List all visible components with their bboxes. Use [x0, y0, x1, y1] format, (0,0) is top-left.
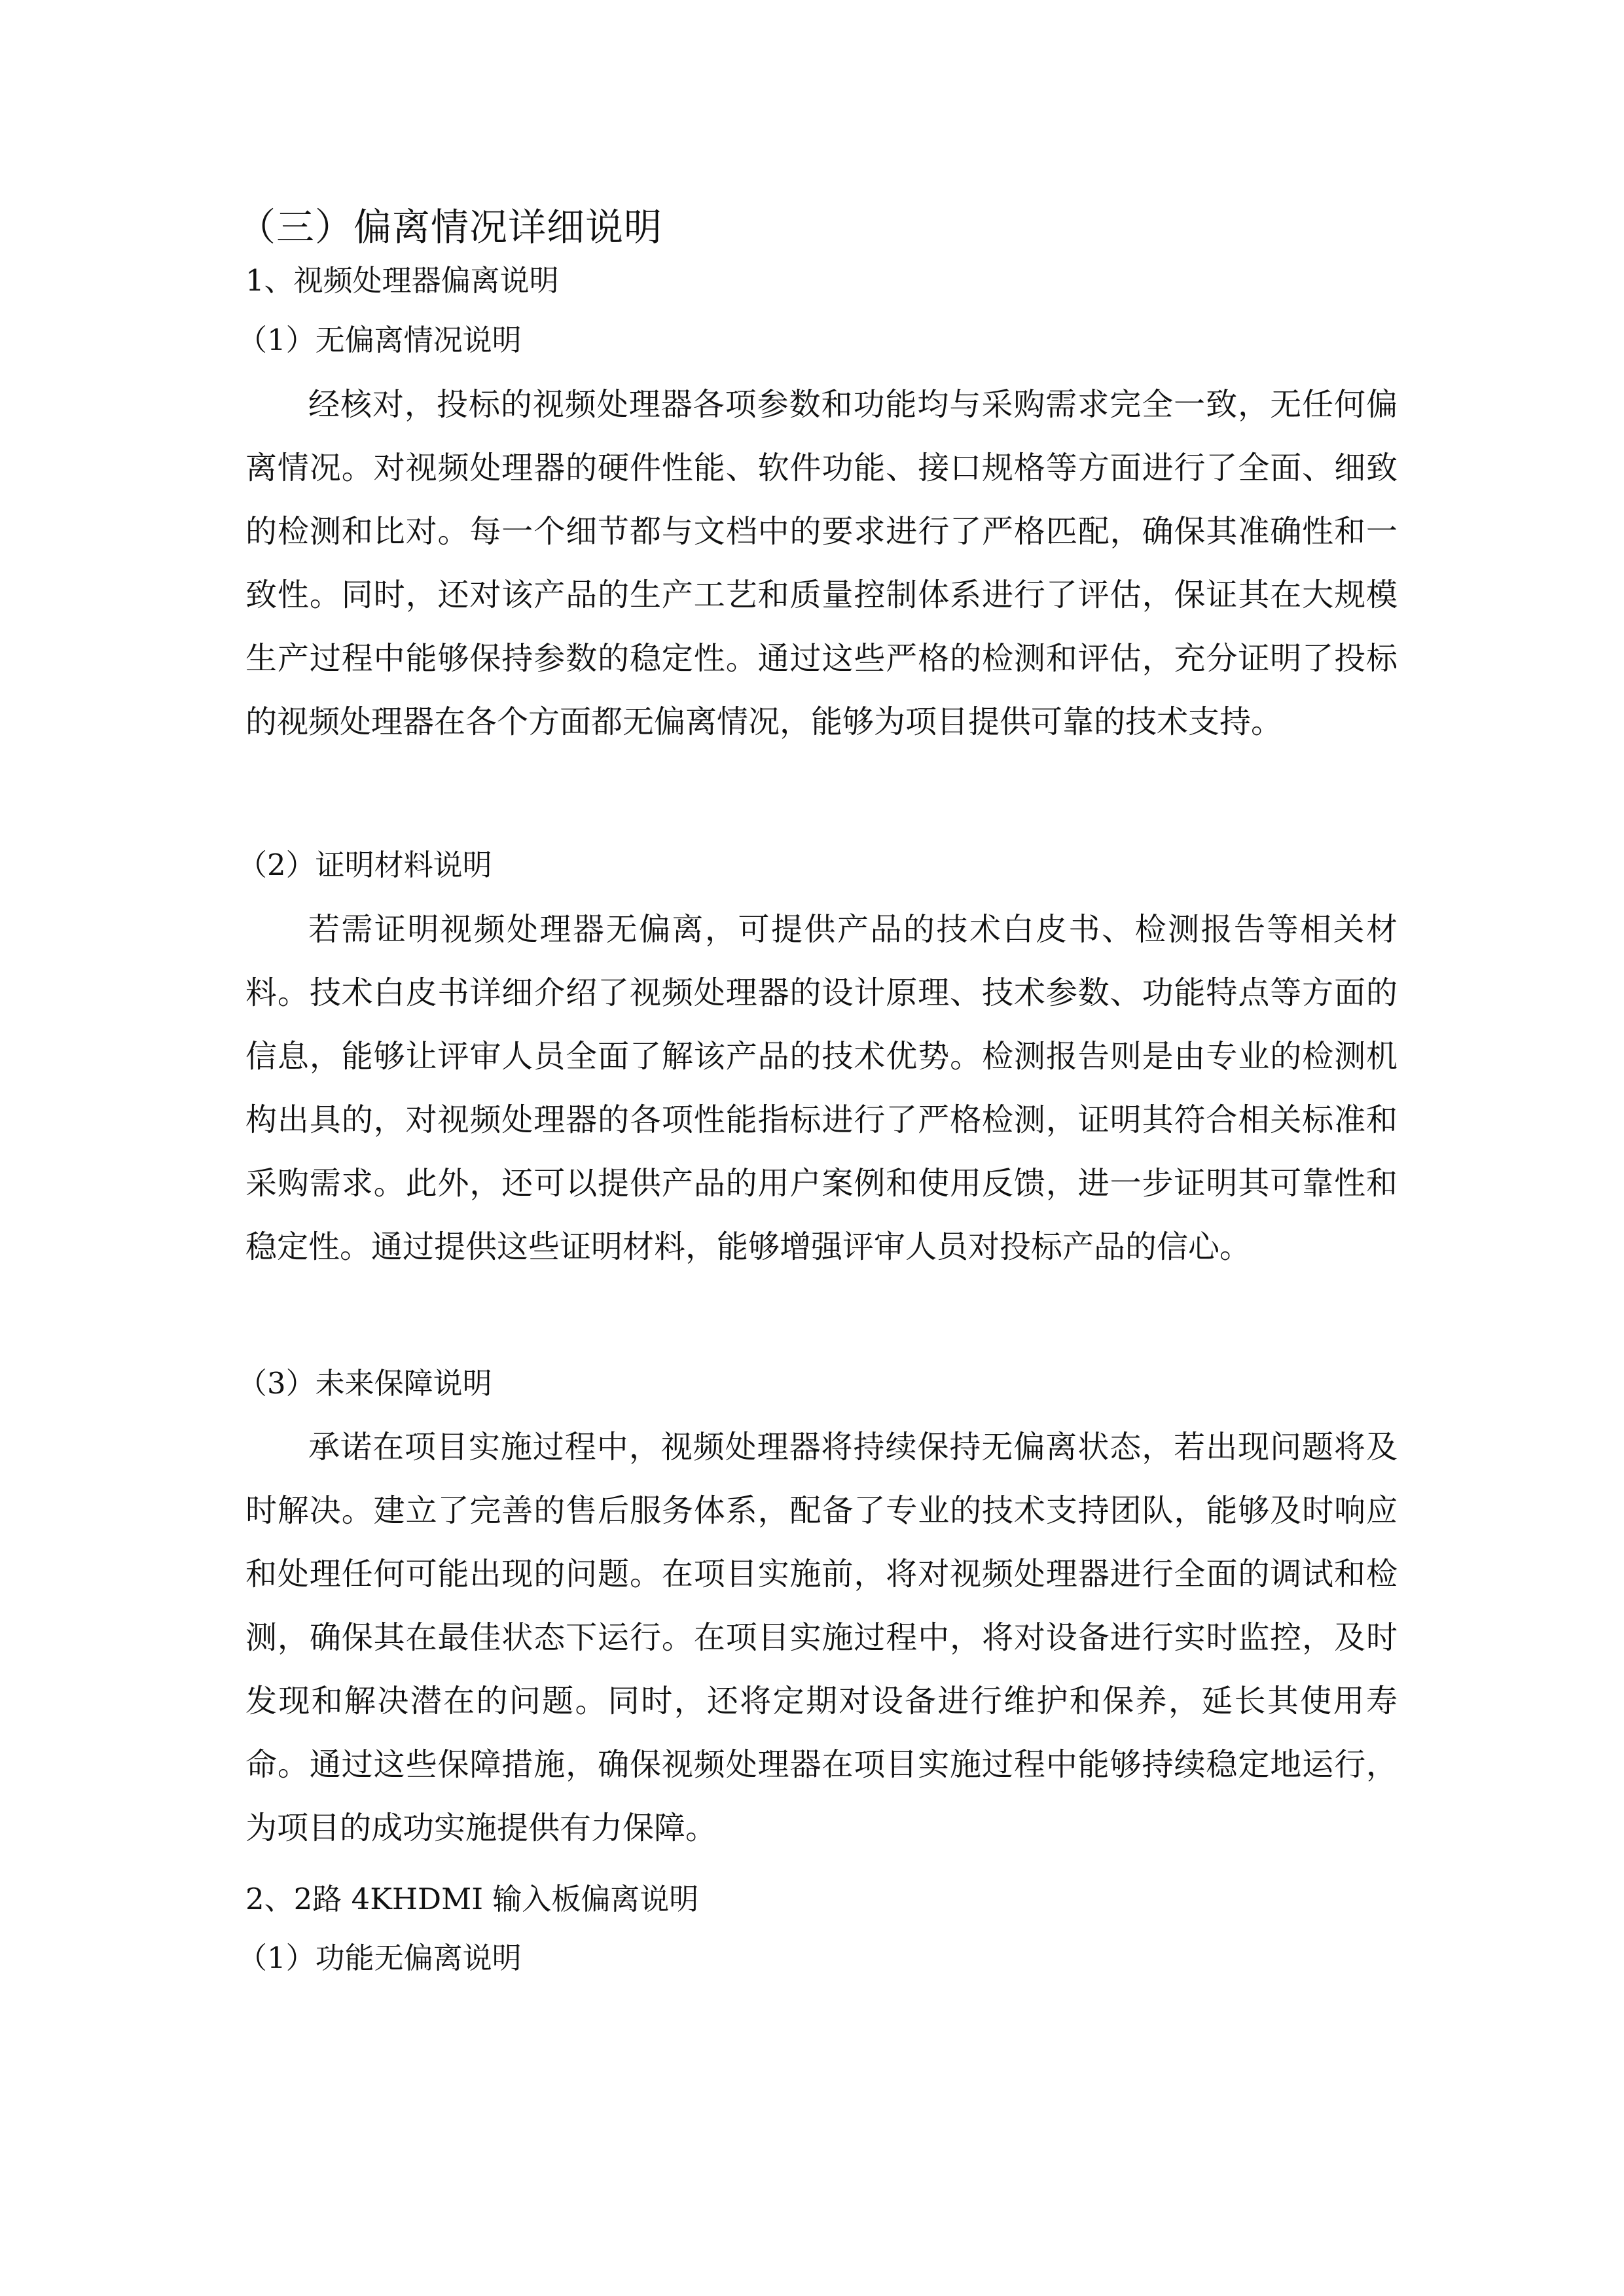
item-heading-1: 1、视频处理器偏离说明: [245, 257, 559, 299]
subsection-heading-1-1: （1）无偏离情况说明: [238, 316, 522, 359]
paragraph-1-1: 经核对，投标的视频处理器各项参数和功能均与采购需求完全一致，无任何偏离情况。对视…: [245, 373, 1398, 754]
subsection-heading-1-2: （2）证明材料说明: [238, 841, 492, 884]
item-heading-2: 2、2路 4KHDMI 输入板偏离说明: [245, 1875, 698, 1918]
subsection-heading-1-3: （3）未来保障说明: [238, 1359, 492, 1402]
paragraph-1-3: 承诺在项目实施过程中，视频处理器将持续保持无偏离状态，若出现问题将及时解决。建立…: [245, 1416, 1398, 1860]
section-title: （三）偏离情况详细说明: [238, 196, 662, 251]
subsection-heading-2-1: （1）功能无偏离说明: [238, 1934, 522, 1977]
paragraph-1-2: 若需证明视频处理器无偏离，可提供产品的技术白皮书、检测报告等相关材料。技术白皮书…: [245, 898, 1398, 1279]
